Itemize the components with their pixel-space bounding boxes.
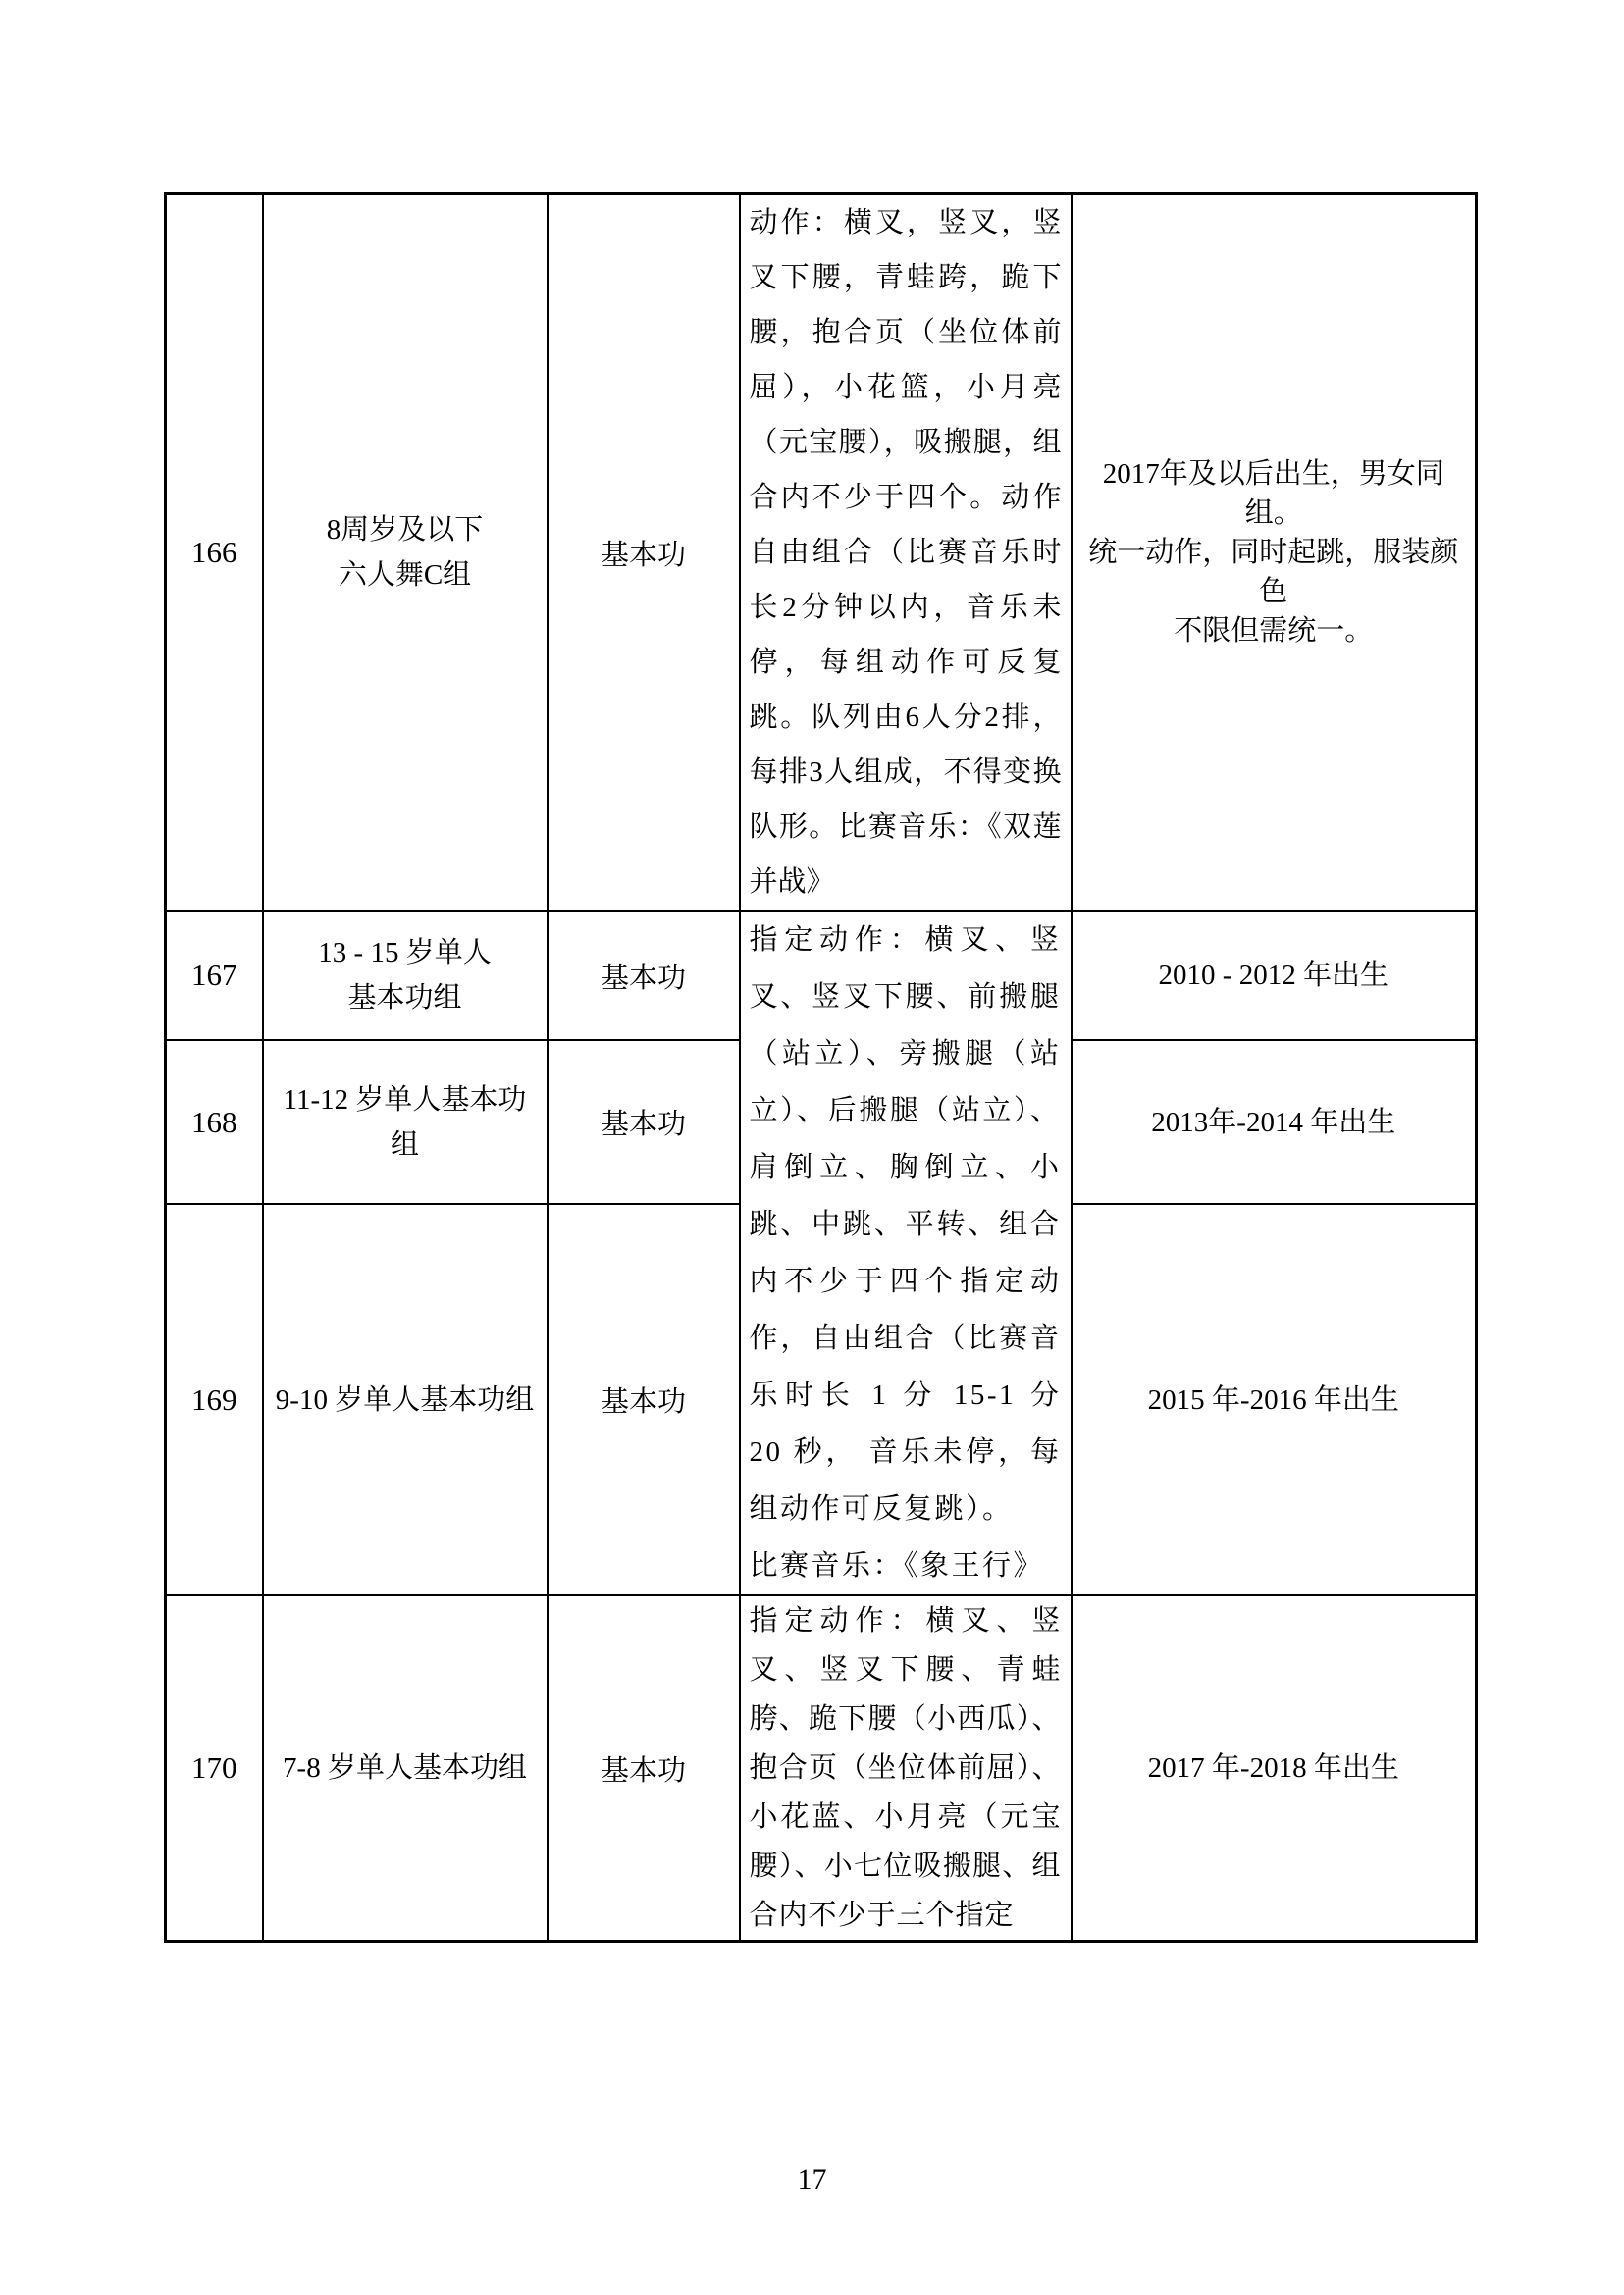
table-row: 170 7-8 岁单人基本功组 基本功 指定动作：横叉、竖叉、竖叉下腰、青蛙胯、… bbox=[166, 1595, 1477, 1942]
birth-year-cell: 2015 年-2016 年出生 bbox=[1072, 1204, 1477, 1595]
birth-year-cell: 2017 年-2018 年出生 bbox=[1072, 1595, 1477, 1942]
birth-year-cell: 2010 - 2012 年出生 bbox=[1072, 911, 1477, 1040]
group-name-cell: 9-10 岁单人基本功组 bbox=[263, 1204, 548, 1595]
table-row: 166 8周岁及以下 六人舞C组 基本功 动作：横叉，竖叉，竖叉下腰，青蛙跨，跪… bbox=[166, 194, 1477, 912]
page-number: 17 bbox=[0, 2164, 1624, 2197]
competition-groups-table: 166 8周岁及以下 六人舞C组 基本功 动作：横叉，竖叉，竖叉下腰，青蛙跨，跪… bbox=[164, 192, 1478, 1943]
birth-year-cell: 2017年及以后出生，男女同组。 统一动作，同时起跳，服装颜色 不限但需统一。 bbox=[1072, 194, 1477, 912]
category-cell: 基本功 bbox=[548, 1204, 740, 1595]
category-cell: 基本功 bbox=[548, 911, 740, 1040]
action-description-cell: 动作：横叉，竖叉，竖叉下腰，青蛙跨，跪下腰，抱合页（坐位体前屈），小花篮，小月亮… bbox=[740, 194, 1072, 912]
row-number-cell: 169 bbox=[166, 1204, 263, 1595]
group-name-cell: 7-8 岁单人基本功组 bbox=[263, 1595, 548, 1942]
action-description-merged-cell: 指定动作：横叉、竖叉、竖叉下腰、前搬腿（站立）、旁搬腿（站立）、后搬腿（站立）、… bbox=[740, 911, 1072, 1595]
category-cell: 基本功 bbox=[548, 194, 740, 912]
row-number-cell: 167 bbox=[166, 911, 263, 1040]
row-number-cell: 168 bbox=[166, 1040, 263, 1204]
group-name-cell: 11-12 岁单人基本功 组 bbox=[263, 1040, 548, 1204]
table-row: 167 13 - 15 岁单人 基本功组 基本功 指定动作：横叉、竖叉、竖叉下腰… bbox=[166, 911, 1477, 1040]
category-cell: 基本功 bbox=[548, 1595, 740, 1942]
birth-year-cell: 2013年-2014 年出生 bbox=[1072, 1040, 1477, 1204]
document-page: 166 8周岁及以下 六人舞C组 基本功 动作：横叉，竖叉，竖叉下腰，青蛙跨，跪… bbox=[0, 0, 1624, 2295]
row-number-cell: 166 bbox=[166, 194, 263, 912]
group-name-cell: 8周岁及以下 六人舞C组 bbox=[263, 194, 548, 912]
category-cell: 基本功 bbox=[548, 1040, 740, 1204]
group-name-cell: 13 - 15 岁单人 基本功组 bbox=[263, 911, 548, 1040]
row-number-cell: 170 bbox=[166, 1595, 263, 1942]
action-description-cell: 指定动作：横叉、竖叉、竖叉下腰、青蛙胯、跪下腰（小西瓜）、抱合页（坐位体前屈）、… bbox=[740, 1595, 1072, 1942]
